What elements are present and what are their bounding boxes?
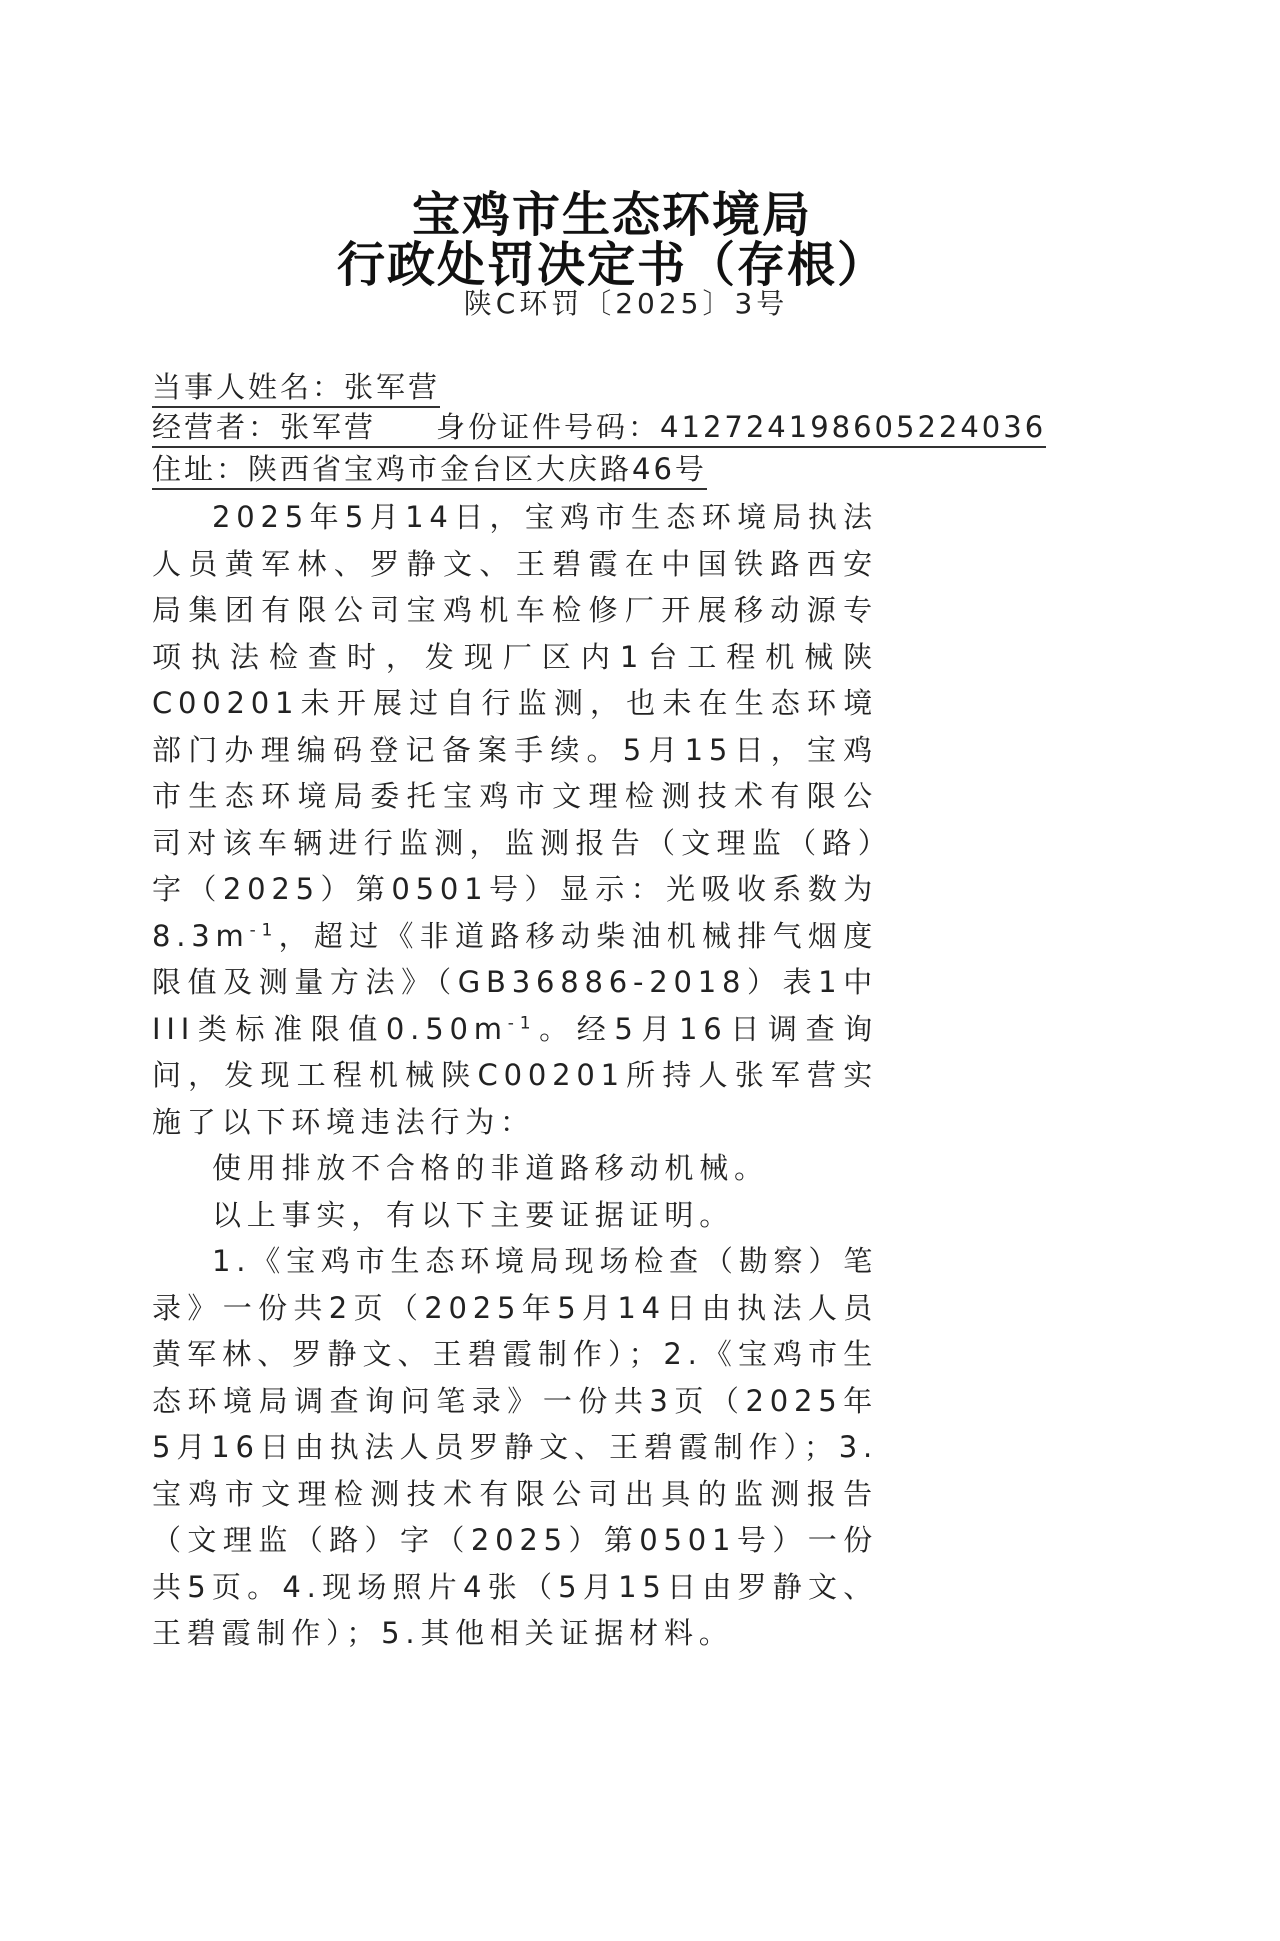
party-name-value: 张军营 <box>344 370 440 404</box>
unit-exponent: -1 <box>250 920 279 940</box>
document-body: 2025年5月14日，宝鸡市生态环境局执法人员黄军林、罗静文、王碧霞在中国铁路西… <box>152 494 878 1657</box>
operator-id-line: 经营者：张军营身份证件号码：412724198605224036 <box>152 408 1046 448</box>
unit-exponent: -1 <box>508 1013 537 1033</box>
address-line: 住址：陕西省宝鸡市金台区大庆路46号 <box>152 450 707 490</box>
id-number-value: 412724198605224036 <box>660 410 1046 444</box>
operator-value: 张军营 <box>280 410 376 444</box>
address-value: 陕西省宝鸡市金台区大庆路46号 <box>248 452 707 486</box>
party-name-line: 当事人姓名：张军营 <box>152 368 440 408</box>
document-page: 宝鸡市生态环境局 行政处罚决定书（存根） 陕C环罚〔2025〕3号 当事人姓名：… <box>0 0 1280 1941</box>
facts-text-part1: 2025年5月14日，宝鸡市生态环境局执法人员黄军林、罗静文、王碧霞在中国铁路西… <box>152 500 878 953</box>
evidence-list-paragraph: 1.《宝鸡市生态环境局现场检查（勘察）笔录》一份共2页（2025年5月14日由执… <box>152 1238 878 1657</box>
operator-label: 经营者： <box>152 410 280 444</box>
id-number-label: 身份证件号码： <box>436 410 660 444</box>
facts-paragraph: 2025年5月14日，宝鸡市生态环境局执法人员黄军林、罗静文、王碧霞在中国铁路西… <box>152 494 878 1145</box>
document-number: 陕C环罚〔2025〕3号 <box>0 282 1266 322</box>
violation-paragraph: 使用排放不合格的非道路移动机械。 <box>152 1145 878 1192</box>
party-name-label: 当事人姓名： <box>152 370 344 404</box>
address-label: 住址： <box>152 452 248 486</box>
evidence-intro-paragraph: 以上事实，有以下主要证据证明。 <box>152 1192 878 1239</box>
